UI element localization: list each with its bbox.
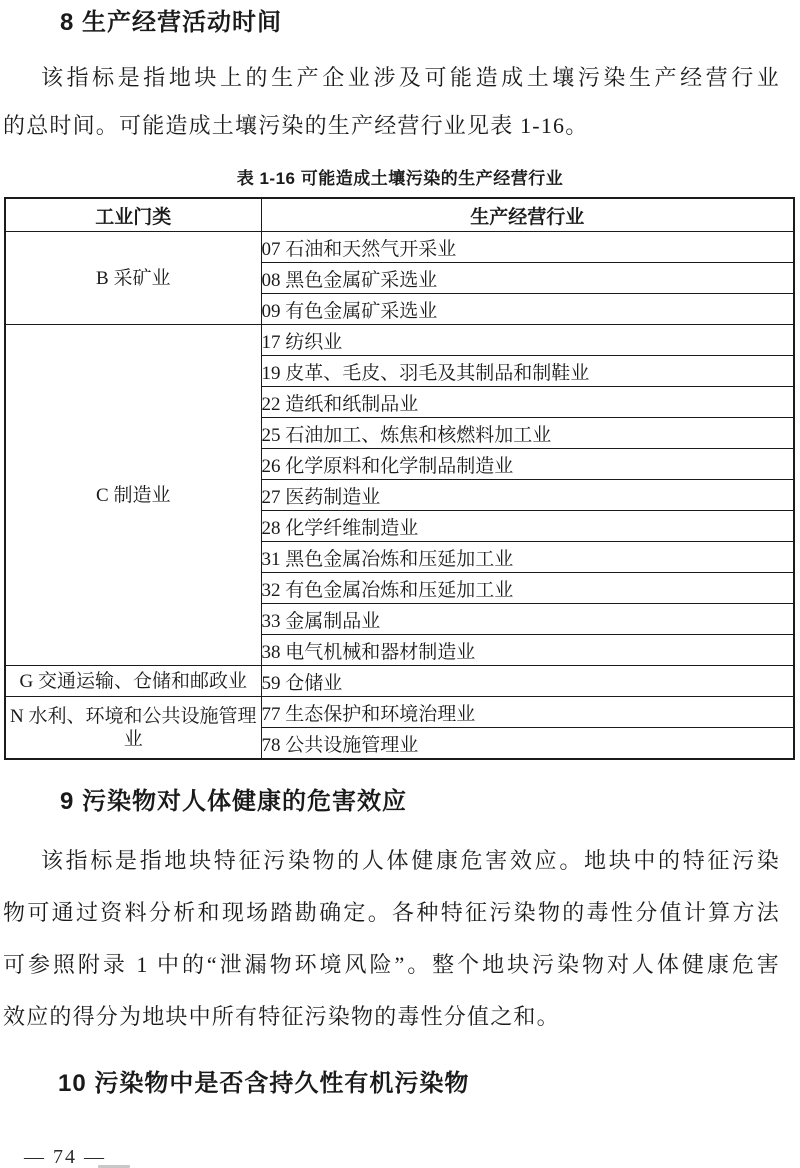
business-industry-cell: 22 造纸和纸制品业: [261, 387, 794, 418]
paragraph-line: 该指标是指地块上的生产企业涉及可能造成土壤污染生产经营行业: [3, 65, 780, 91]
section-9-paragraph: 该指标是指地块特征污染物的人体健康危害效应。地块中的特征污染 物可通过资料分析和…: [3, 848, 780, 1030]
industry-category-cell: G 交通运输、仓储和邮政业: [5, 666, 261, 697]
table-row: B 采矿业07 石油和天然气开采业: [5, 232, 794, 263]
polluting-industries-table: 工业门类 生产经营行业 B 采矿业07 石油和天然气开采业08 黑色金属矿采选业…: [4, 197, 795, 760]
industry-category-cell: C 制造业: [5, 325, 261, 666]
table-header-row: 工业门类 生产经营行业: [5, 198, 794, 232]
business-industry-cell: 38 电气机械和器材制造业: [261, 635, 794, 666]
section-9-heading: 9 污染物对人体健康的危害效应: [0, 788, 800, 816]
page-number: — 74 —: [24, 1146, 800, 1168]
business-industry-cell: 26 化学原料和化学制品制造业: [261, 449, 794, 480]
business-industry-cell: 27 医药制造业: [261, 480, 794, 511]
table-row: N 水利、环境和公共设施管理业77 生态保护和环境治理业: [5, 697, 794, 728]
business-industry-cell: 25 石油加工、炼焦和核燃料加工业: [261, 418, 794, 449]
business-industry-cell: 08 黑色金属矿采选业: [261, 263, 794, 294]
business-industry-cell: 33 金属制品业: [261, 604, 794, 635]
business-industry-cell: 17 纺织业: [261, 325, 794, 356]
section-8-heading: 8 生产经营活动时间: [0, 0, 800, 37]
section-10-heading: 10 污染物中是否含持久性有机污染物: [0, 1070, 800, 1098]
section-8-paragraph: 该指标是指地块上的生产企业涉及可能造成土壤污染生产经营行业 的总时间。可能造成土…: [3, 65, 780, 139]
paragraph-line: 可参照附录 1 中的“泄漏物环境风险”。整个地块污染物对人体健康危害: [3, 952, 780, 978]
document-page: 8 生产经营活动时间 该指标是指地块上的生产企业涉及可能造成土壤污染生产经营行业…: [0, 0, 800, 1168]
column-header-business-industry: 生产经营行业: [261, 198, 794, 232]
business-industry-cell: 77 生态保护和环境治理业: [261, 697, 794, 728]
industry-category-cell: B 采矿业: [5, 232, 261, 325]
business-industry-cell: 19 皮革、毛皮、羽毛及其制品和制鞋业: [261, 356, 794, 387]
business-industry-cell: 32 有色金属冶炼和压延加工业: [261, 573, 794, 604]
business-industry-cell: 78 公共设施管理业: [261, 728, 794, 760]
industry-category-cell: N 水利、环境和公共设施管理业: [5, 697, 261, 760]
paragraph-line: 效应的得分为地块中所有特征污染物的毒性分值之和。: [3, 1004, 780, 1030]
paragraph-line: 物可通过资料分析和现场踏勘确定。各种特征污染物的毒性分值计算方法: [3, 900, 780, 926]
business-industry-cell: 59 仓储业: [261, 666, 794, 697]
business-industry-cell: 07 石油和天然气开采业: [261, 232, 794, 263]
column-header-industry-category: 工业门类: [5, 198, 261, 232]
business-industry-cell: 28 化学纤维制造业: [261, 511, 794, 542]
paragraph-line: 的总时间。可能造成土壤污染的生产经营行业见表 1-16。: [3, 113, 780, 139]
business-industry-cell: 31 黑色金属冶炼和压延加工业: [261, 542, 794, 573]
table-caption: 表 1-16 可能造成土壤污染的生产经营行业: [0, 169, 800, 189]
business-industry-cell: 09 有色金属矿采选业: [261, 294, 794, 325]
table-row: G 交通运输、仓储和邮政业59 仓储业: [5, 666, 794, 697]
table-row: C 制造业17 纺织业: [5, 325, 794, 356]
paragraph-line: 该指标是指地块特征污染物的人体健康危害效应。地块中的特征污染: [3, 848, 780, 874]
